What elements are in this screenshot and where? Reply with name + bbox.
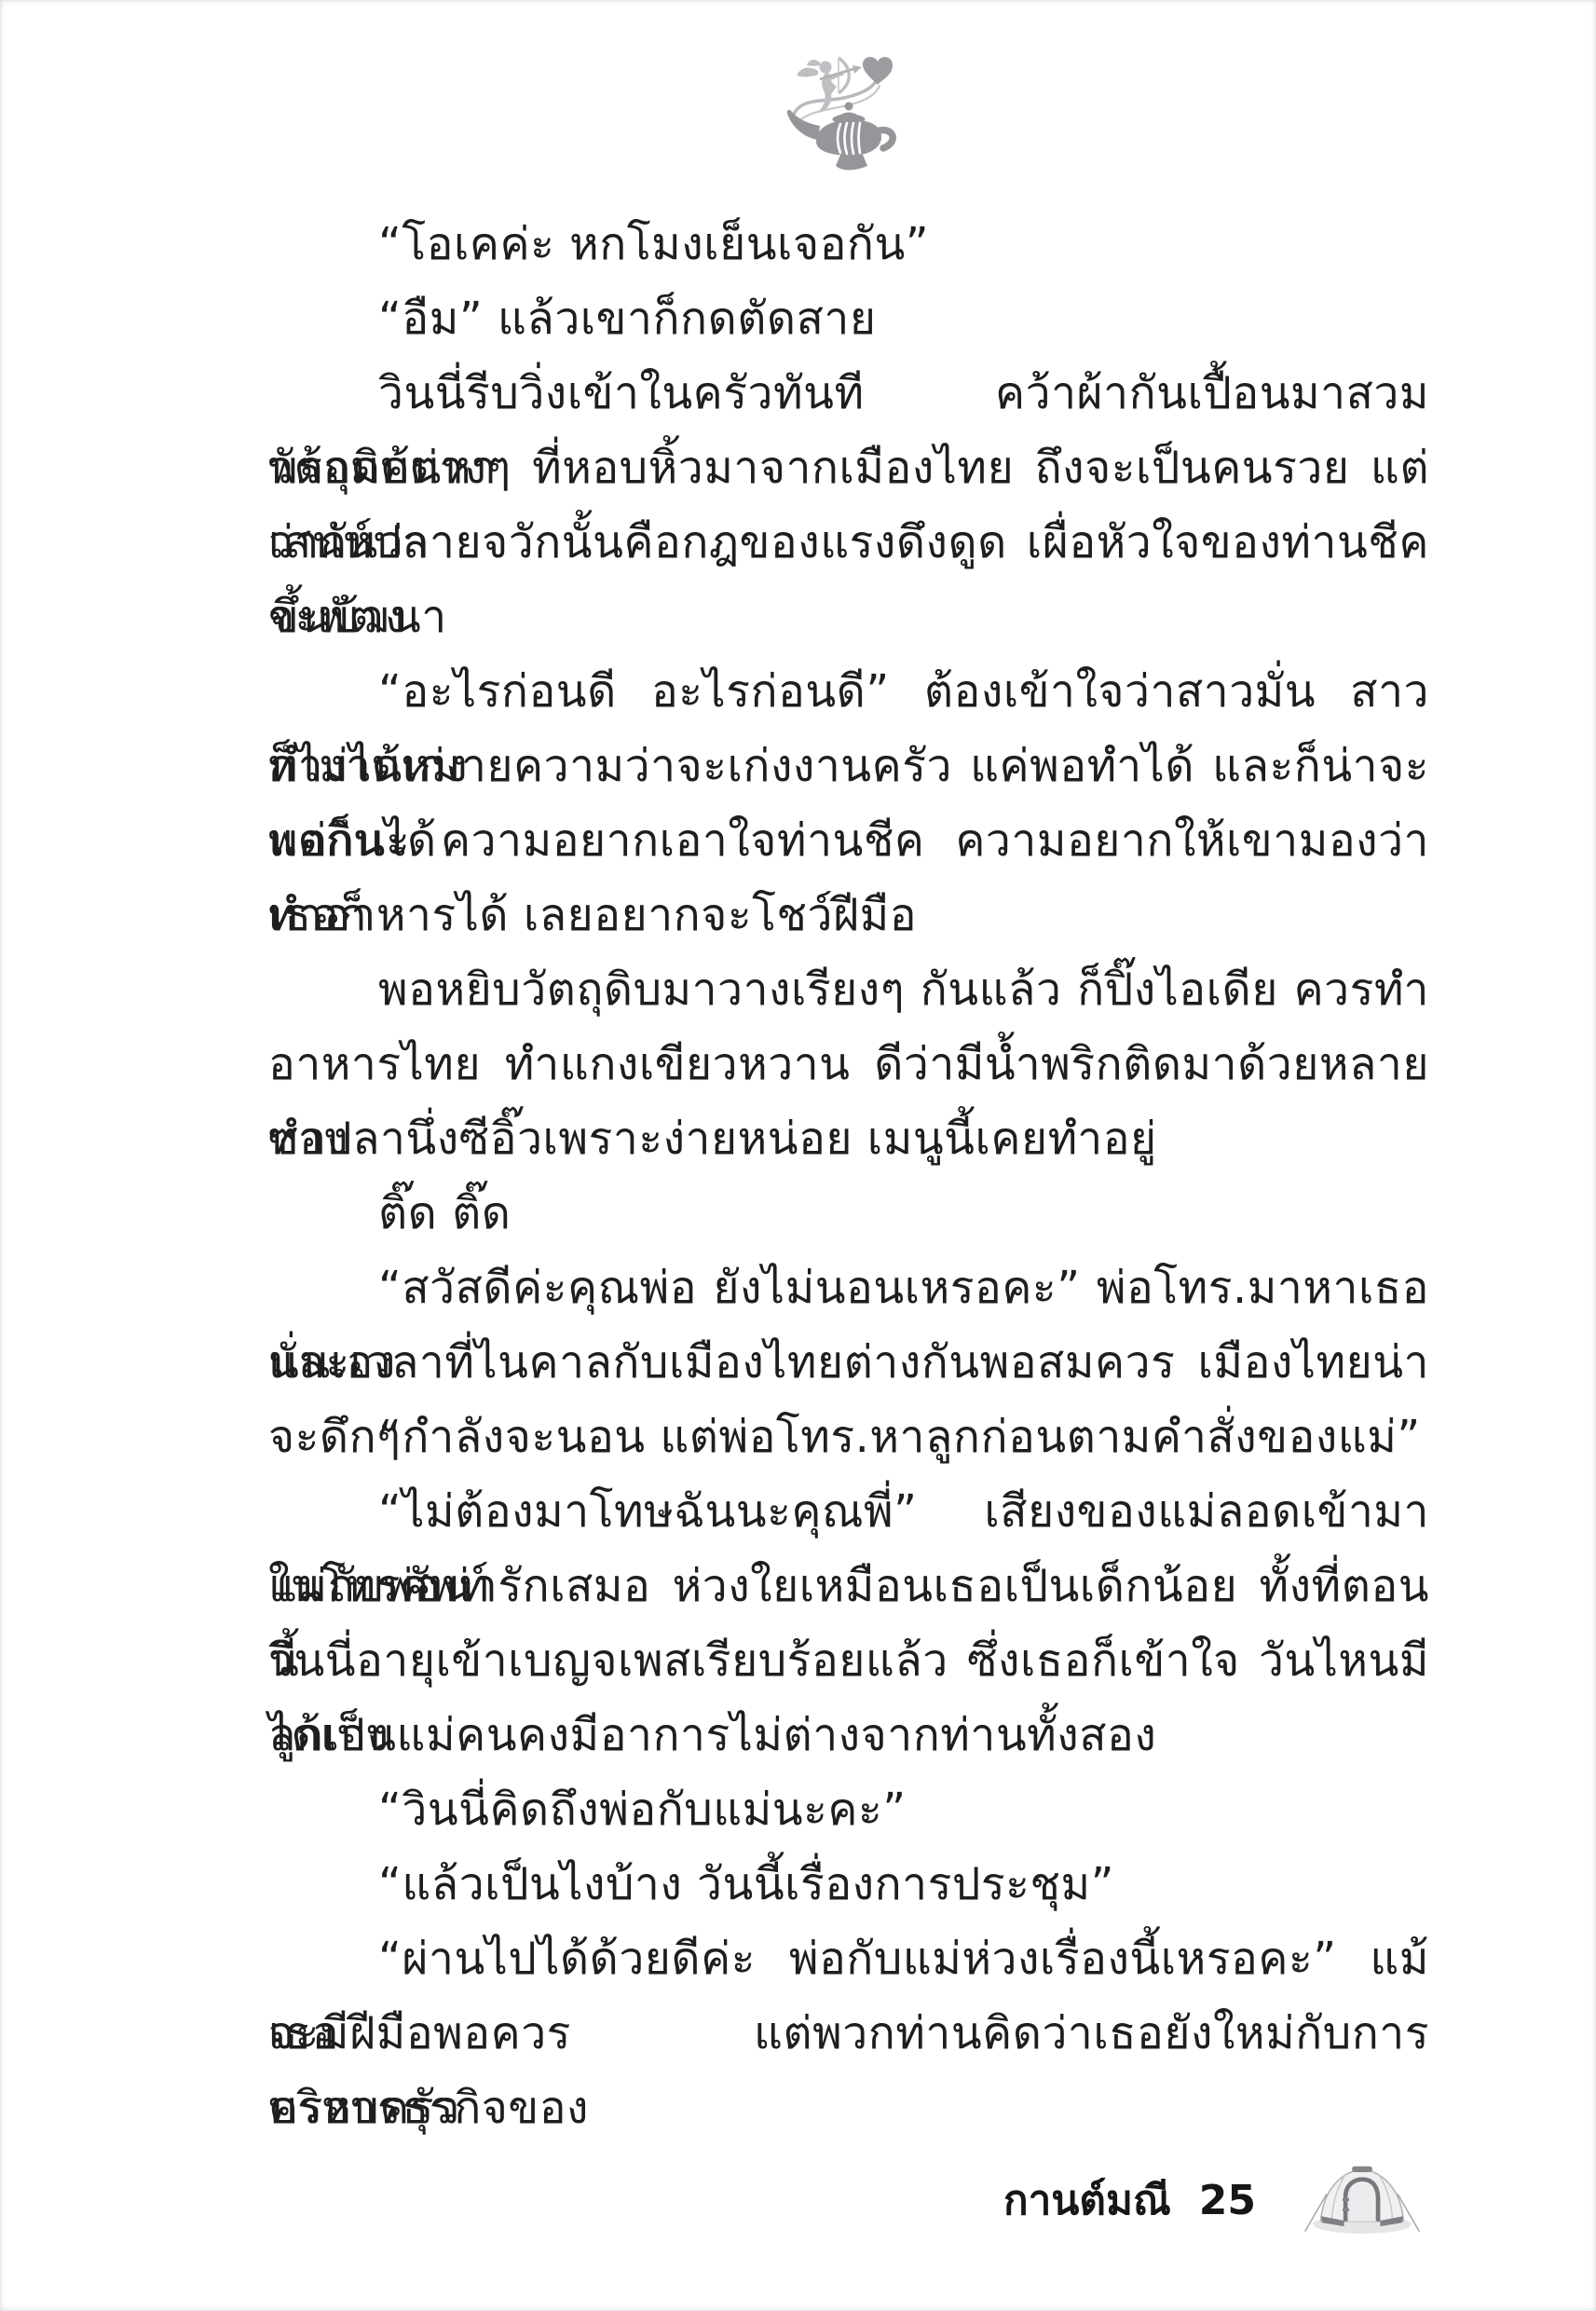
text-line: แม่กับพ่อน่ารักเสมอ ห่วงใยเหมือนเธอเป็นเ… <box>268 1549 1429 1623</box>
text-line: เสน่ห์ปลายจวักนั้นคือกฎของแรงดึงดูด เผื่… <box>268 505 1429 580</box>
text-line: ทำปลานึ่งซีอิ๊วเพราะง่ายหน่อย เมนูนี้เคย… <box>268 1101 1429 1176</box>
text-line: วัตถุดิบต่างๆ ที่หอบหิ้วมาจากเมืองไทย ถึ… <box>268 431 1429 505</box>
text-line: “โอเคค่ะ หกโมงเย็นเจอกัน” <box>268 207 1429 281</box>
cupid-genie-lamp-heart-icon <box>783 54 900 177</box>
footer-text: กานต์มณี 25 <box>1003 2160 1256 2242</box>
text-line: “กำลังจะนอน แต่พ่อโทร.หาลูกก่อนตามคำสั่ง… <box>268 1400 1429 1474</box>
text-line: ครอบครัว <box>268 2071 1429 2145</box>
text-line: พอหยิบวัตถุดิบมาวางเรียงๆ กันแล้ว ก็ปิ๊ง… <box>268 952 1429 1027</box>
text-line: “อะไรก่อนดี อะไรก่อนดี” ต้องเข้าใจว่าสาว… <box>268 654 1429 729</box>
text-line: “สวัสดีค่ะคุณพ่อ ยังไม่นอนเหรอคะ” พ่อโทร… <box>268 1251 1429 1325</box>
footer-author: กานต์มณี <box>1003 2160 1171 2242</box>
text-block: “โอเคค่ะ หกโมงเย็นเจอกัน”“อืม” แล้วเขาก็… <box>268 207 1429 2145</box>
text-line: ทำอาหารได้ เลยอยากจะโชว์ฝีมือ <box>268 878 1429 952</box>
text-line: แต่ก็นะ ความอยากเอาใจท่านชีค ความอยากให้… <box>268 803 1429 878</box>
text-line: วินนี่รีบวิ่งเข้าในครัวทันที คว้าผ้ากันเ… <box>268 356 1429 431</box>
text-line: อาหารไทย ทำแกงเขียวหวาน ดีว่ามีน้ำพริกติ… <box>268 1027 1429 1101</box>
camping-tent-icon <box>1301 2160 1424 2242</box>
text-line: ติ๊ด ติ๊ด <box>268 1176 1429 1251</box>
text-line: ได้เป็นแม่คนคงมีอาการไม่ต่างจากท่านทั้งส… <box>268 1698 1429 1772</box>
text-line: “อืม” แล้วเขาก็กดตัดสาย <box>268 281 1429 356</box>
text-line: “แล้วเป็นไงบ้าง วันนี้เรื่องการประชุม” <box>268 1847 1429 1921</box>
book-page: “โอเคค่ะ หกโมงเย็นเจอกัน”“อืม” แล้วเขาก็… <box>0 0 1596 2311</box>
text-line: “วินนี่คิดถึงพ่อกับแม่นะคะ” <box>268 1772 1429 1847</box>
page-footer: กานต์มณี 25 <box>1003 2160 1424 2242</box>
text-line: จะมีฝีมือพอควร แต่พวกท่านคิดว่าเธอยังใหม… <box>268 1996 1429 2071</box>
text-line: ก็ไม่ได้หมายความว่าจะเก่งงานครัว แค่พอทำ… <box>268 729 1429 803</box>
text-line: และเวลาที่ไนคาลกับเมืองไทยต่างกันพอสมควร… <box>268 1325 1429 1400</box>
footer-page-number: 25 <box>1199 2160 1256 2242</box>
text-line: วินนี่อายุเข้าเบญจเพสเรียบร้อยแล้ว ซึ่งเ… <box>268 1623 1429 1698</box>
text-line: “ไม่ต้องมาโทษฉันนะคุณพี่” เสียงของแม่ลอด… <box>268 1474 1429 1549</box>
text-line: “ผ่านไปได้ด้วยดีค่ะ พ่อกับแม่ห่วงเรื่องน… <box>268 1921 1429 1996</box>
